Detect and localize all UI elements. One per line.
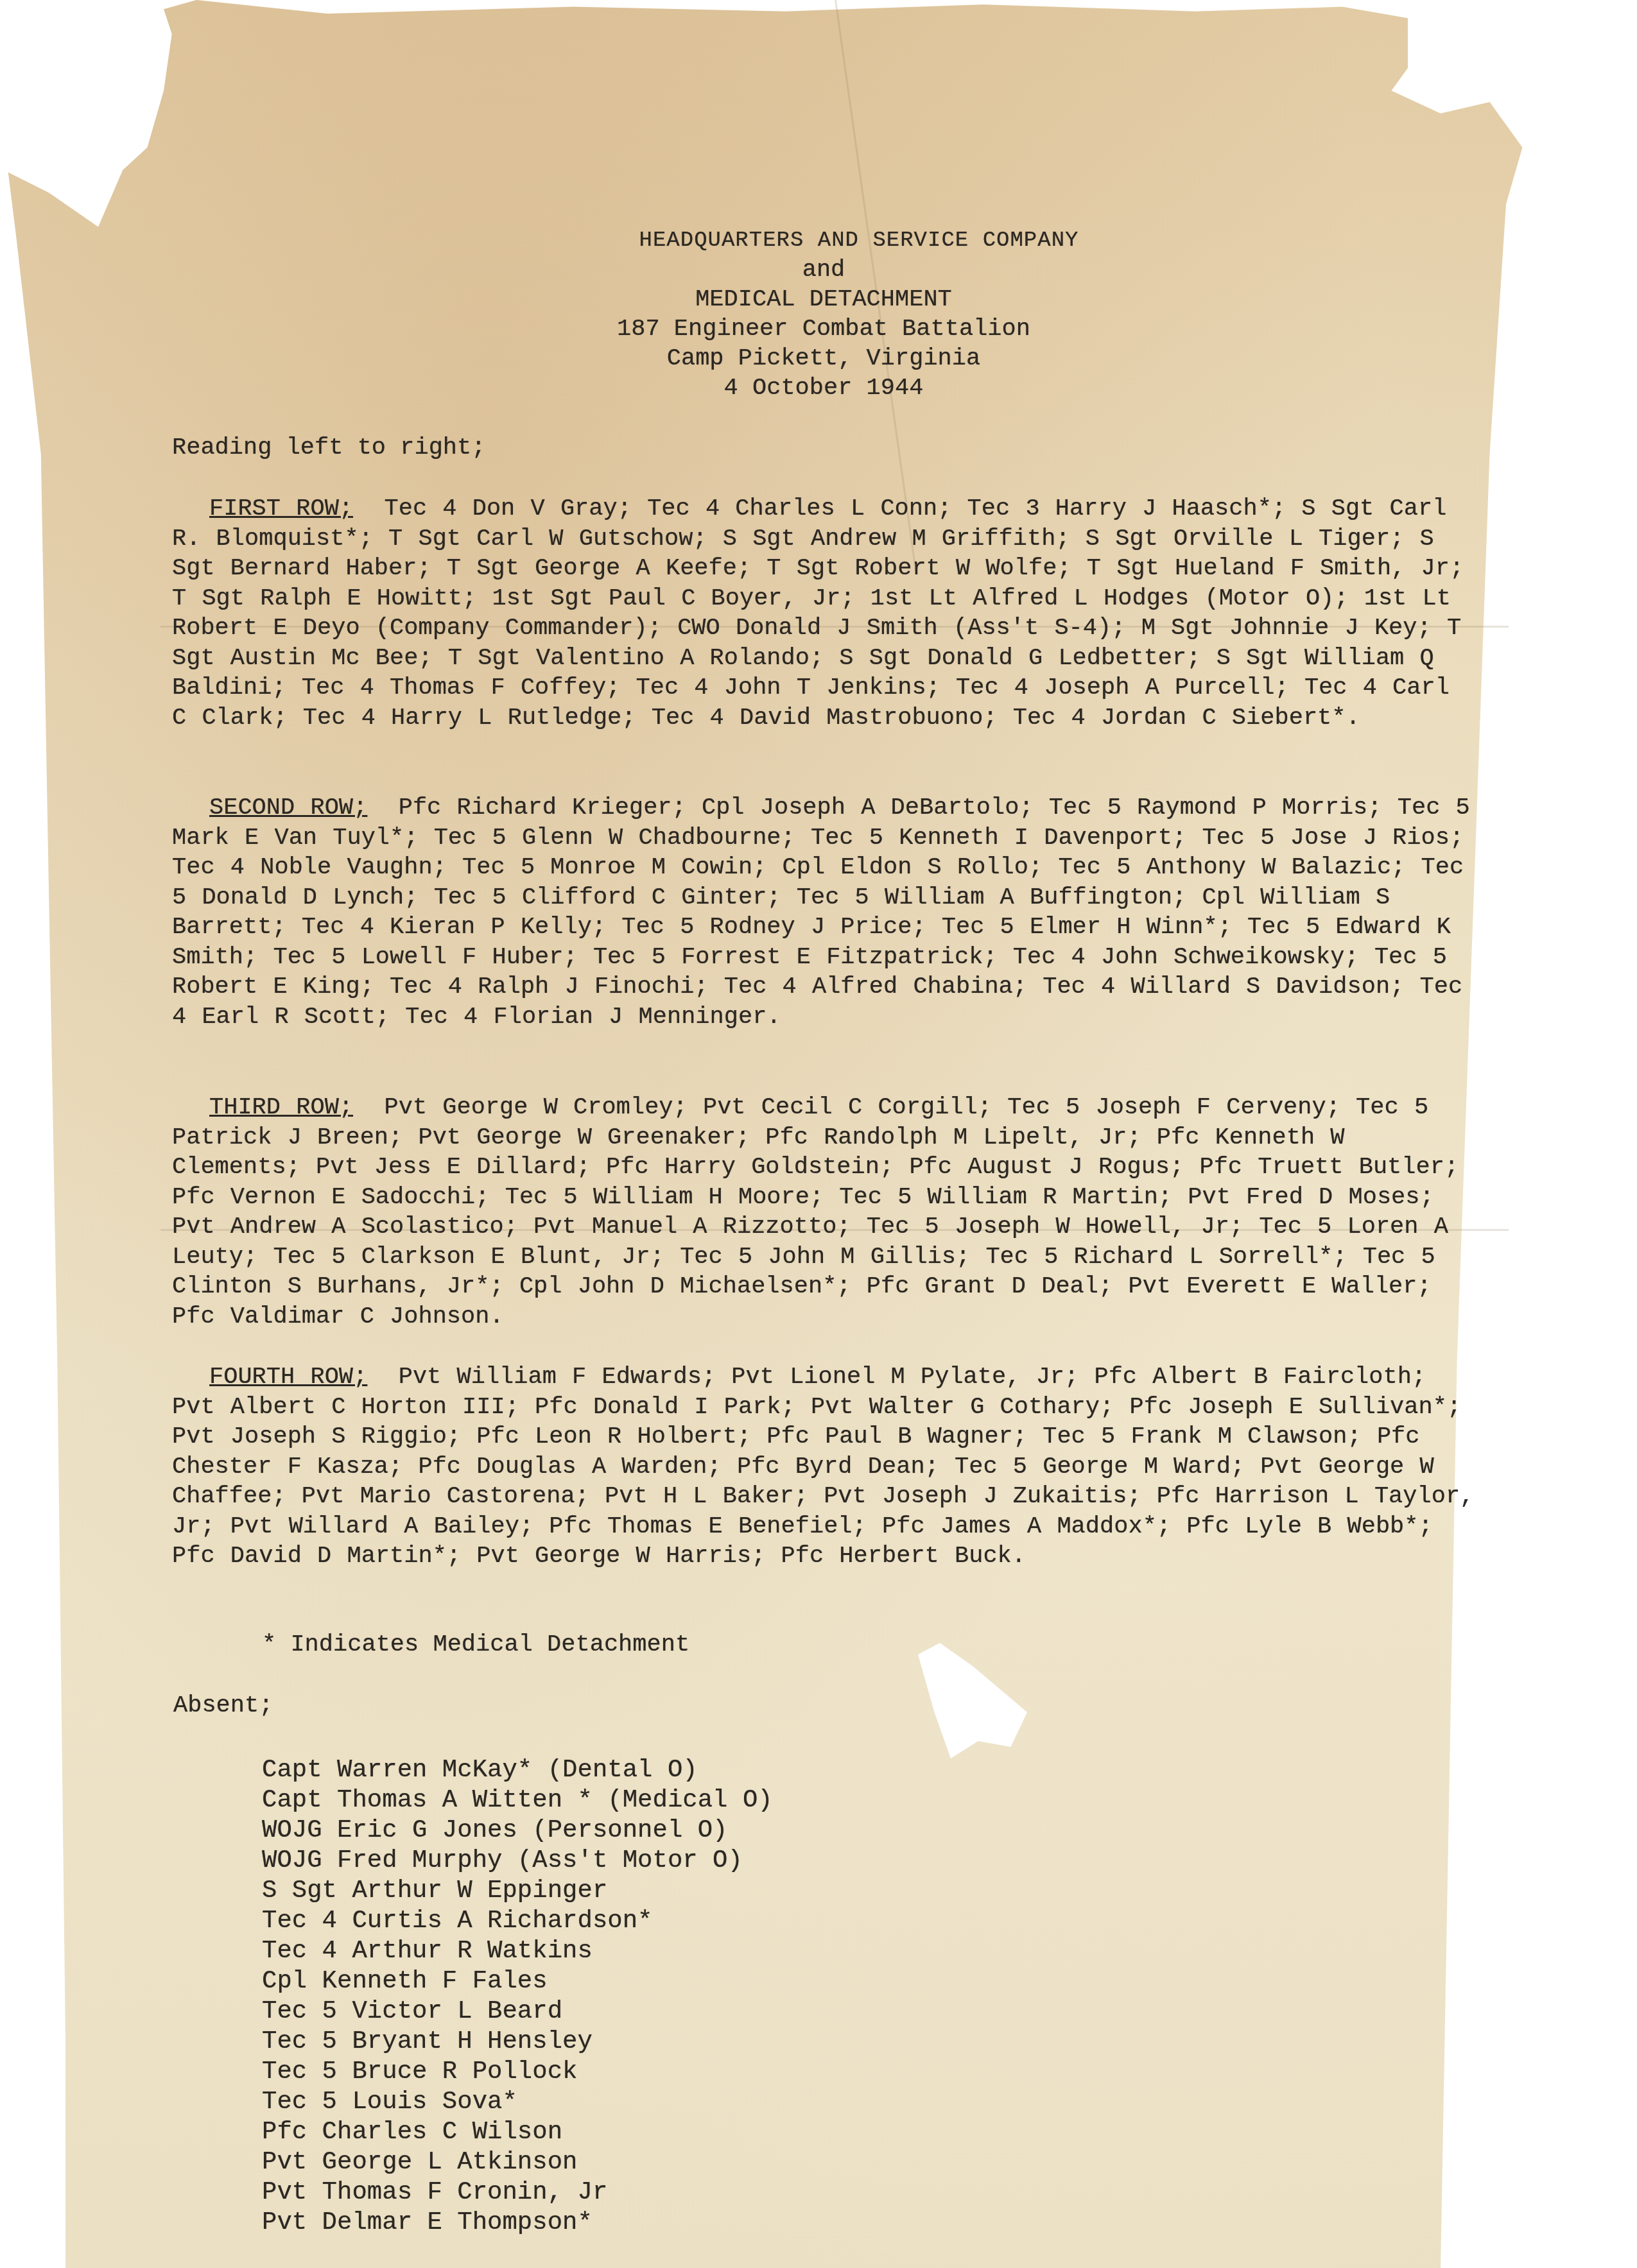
list-item: Tec 5 Victor L Beard [262, 1997, 773, 2027]
list-item: Tec 4 Arthur R Watkins [262, 1936, 773, 1966]
list-item: Capt Warren McKay* (Dental O) [262, 1755, 773, 1785]
row-label: THIRD ROW; [209, 1094, 353, 1121]
reading-instruction: Reading left to right; [172, 433, 485, 463]
list-item: S Sgt Arthur W Eppinger [262, 1876, 773, 1906]
list-item: Pfc Charles C Wilson [262, 2117, 773, 2147]
row-label: FIRST ROW; [209, 495, 353, 522]
row-names: Pvt George W Cromley; Pvt Cecil C Corgil… [172, 1094, 1459, 1330]
list-item: Tec 5 Louis Sova* [262, 2087, 773, 2117]
list-item: Tec 5 Bruce R Pollock [262, 2057, 773, 2087]
document-date: 4 October 1944 [166, 374, 1482, 403]
unit-title: HEADQUARTERS AND SERVICE COMPANY [236, 226, 1482, 255]
header-and: and [166, 255, 1482, 285]
list-item: WOJG Eric G Jones (Personnel O) [262, 1816, 773, 1846]
row-label: SECOND ROW; [209, 795, 367, 821]
list-item: Tec 4 Curtis A Richardson* [262, 1906, 773, 1936]
fourth-row-section: FOURTH ROW; Pvt William F Edwards; Pvt L… [172, 1362, 1475, 1572]
list-item: Tec 5 Bryant H Hensley [262, 2027, 773, 2057]
medical-detachment-footnote: * Indicates Medical Detachment [262, 1630, 689, 1660]
row-names: Pvt William F Edwards; Pvt Lionel M Pyla… [172, 1364, 1474, 1570]
detachment-title: MEDICAL DETACHMENT [166, 285, 1482, 314]
location: Camp Pickett, Virginia [166, 344, 1482, 374]
document-header: HEADQUARTERS AND SERVICE COMPANY and MED… [166, 226, 1482, 403]
list-item: Pvt Thomas F Cronin, Jr [262, 2178, 773, 2208]
list-item: Pvt George L Atkinson [262, 2147, 773, 2178]
battalion-name: 187 Engineer Combat Battalion [166, 314, 1482, 344]
absent-list: Capt Warren McKay* (Dental O) Capt Thoma… [262, 1755, 773, 2238]
list-item: Cpl Kenneth F Fales [262, 1966, 773, 1997]
list-item: WOJG Fred Murphy (Ass't Motor O) [262, 1846, 773, 1876]
row-names: Pfc Richard Krieger; Cpl Joseph A DeBart… [172, 795, 1470, 1031]
list-item: Capt Thomas A Witten * (Medical O) [262, 1785, 773, 1816]
row-label: FOURTH ROW; [209, 1364, 367, 1391]
row-names: Tec 4 Don V Gray; Tec 4 Charles L Conn; … [172, 495, 1464, 732]
second-row-section: SECOND ROW; Pfc Richard Krieger; Cpl Jos… [172, 793, 1475, 1032]
absent-heading: Absent; [173, 1691, 273, 1721]
third-row-section: THIRD ROW; Pvt George W Cromley; Pvt Cec… [172, 1093, 1475, 1332]
list-item: Pvt Delmar E Thompson* [262, 2208, 773, 2238]
first-row-section: FIRST ROW; Tec 4 Don V Gray; Tec 4 Charl… [172, 494, 1475, 733]
